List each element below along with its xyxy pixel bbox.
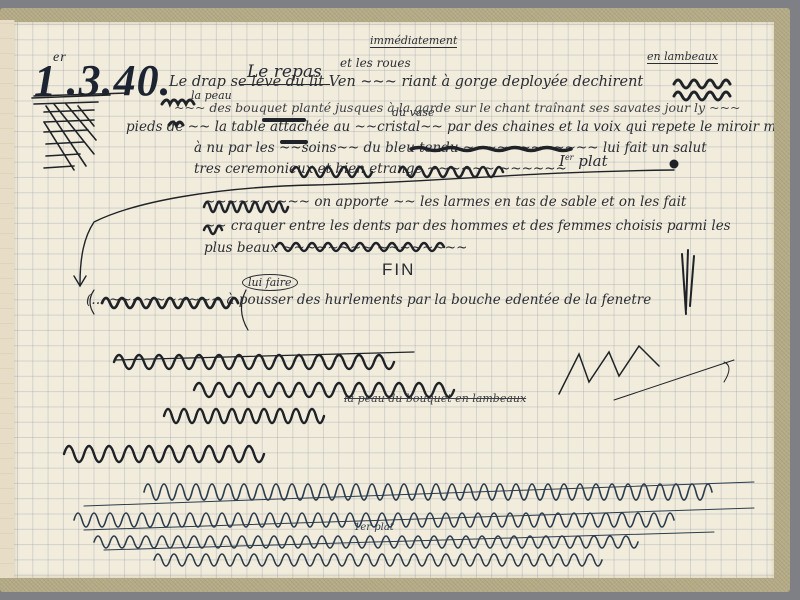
manuscript-line-3: pieds de ~~ la table attachée au ~~crist… — [126, 119, 774, 135]
course-superscript: er — [565, 153, 574, 162]
manuscript-line-6: ~~~~~ ~~~~ on apporte ~~ les larmes en t… — [204, 194, 686, 210]
manuscript-line-2: ~~~ des bouquet planté jusques à la gard… — [174, 100, 741, 115]
hatching-block — [32, 95, 110, 170]
left-page-edge — [0, 20, 15, 578]
circled-note-lui-faire: lui faire — [242, 274, 298, 291]
manuscript-line-4: à nu par les ~~soins~~ du bleu tendu ~~~… — [194, 140, 707, 156]
manuscript-line-7: ~~ craquer entre les dents par des homme… — [204, 218, 731, 234]
insertion-et-les-roues: et les roues — [340, 56, 411, 70]
manuscript-line-1: Le drap se leve du lit Ven ~~~ riant à g… — [169, 74, 643, 90]
bottom-note-1er-plat: 1er plat — [354, 522, 394, 533]
insertion-immediatement: immédiatement — [370, 34, 457, 48]
manuscript-line-5: tres ceremonieux et bien etrange ~~~~~~ … — [194, 161, 567, 177]
date-superscript: er — [53, 50, 67, 65]
fin-marker: FIN — [382, 260, 415, 280]
course-marker: Ier plat — [559, 152, 608, 170]
struck-line-la-peau: la peau du bouquet en lambeaux — [344, 392, 526, 405]
date-rest: .3.40. — [67, 56, 172, 105]
insertion-en-lambeaux: en lambeaux — [647, 50, 718, 64]
date-heading: 1er.3.40. — [34, 50, 172, 106]
manuscript-line-9: (… ~~~~~~~~~~ à pousser des hurlements p… — [86, 292, 651, 308]
course-word: plat — [578, 152, 607, 170]
manuscript-page: 1er.3.40. Le repas immédiatement et les … — [14, 22, 774, 578]
manuscript-line-8: plus beaux ~~~~~~~~ ~~~~~~~~ — [204, 240, 467, 256]
